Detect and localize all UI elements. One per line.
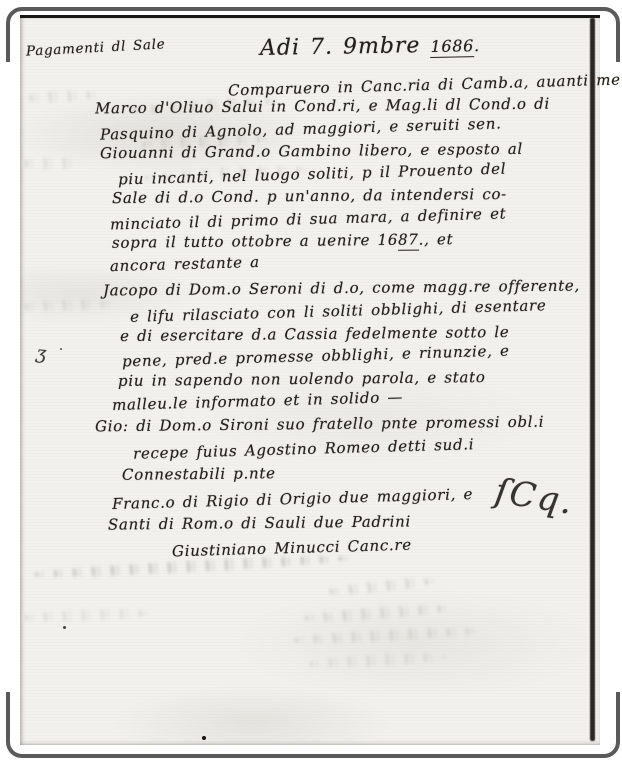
manuscript-line: Sale di d.o Cond. p un'anno, da intender… [112,185,507,207]
manuscript-line: ancora restante a [110,253,260,275]
manuscript-line: malleu.le informato et in solido — [112,388,404,414]
ghost-writing [325,575,436,597]
notary-paraph: ſCq. [492,471,576,523]
ink-speck [63,626,66,629]
ghost-writing [20,158,80,169]
ink-speck [60,348,62,350]
margin-mark: ʒ [35,342,48,364]
date-heading: Adi 7. 9mbre 1686. [260,32,480,61]
line-segment: ., et [418,230,453,248]
manuscript-line: piu in sapendo non uolendo parola, e sta… [118,368,486,390]
manuscript-line: Franc.o di Rigio di Origio due maggiori,… [112,485,473,513]
manuscript-line: pene, pred.e promesse obblighi, e rinunz… [122,342,510,371]
ghost-writing [300,603,450,624]
ghost-writing [25,89,97,104]
manuscript-line: e lifu rilasciato con li soliti obblighi… [130,296,547,326]
ghost-writing [20,298,115,312]
ghost-writing [290,625,480,646]
manuscript-page: Pagamenti dl Sale Adi 7. 9mbre 1686. Com… [20,15,600,745]
manuscript-line: piu incanti, nel luogo soliti, p il Prou… [118,160,507,189]
ghost-writing [20,608,150,624]
manuscript-line: Connestabili p.nte [122,464,276,484]
manuscript-line: minciato il di primo di sua mara, a defi… [110,204,507,233]
archive-label: Pagamenti dl Sale [26,36,166,59]
manuscript-line: Pasquino di Agnolo, ad maggiori, e serui… [100,114,502,143]
manuscript-line: Comparuero in Canc.ria di Camb.a, auanti… [228,69,622,100]
manuscript-line: recepe fuius Agostino Romeo detti sud.i [133,435,475,463]
manuscript-line: Gio: di Dom.o Sironi suo fratello pnte p… [95,413,544,436]
ink-speck [202,736,206,740]
page-gutter-shadow [590,18,595,741]
manuscript-line: Giustiniano Minucci Canc.re [172,536,412,561]
date-heading-day: Adi 7. 9mbre [260,33,431,61]
year-underlined: 87 [398,231,419,251]
manuscript-line: sopra il tutto ottobre a uenire 1687., e… [112,230,453,252]
manuscript-line: Santi di Rom.o di Sauli due Padrini [108,512,411,533]
frame-gap-mask-right [604,62,622,692]
line-segment: sopra il tutto ottobre a uenire 16 [112,231,398,252]
manuscript-line: e di esercitare d.a Cassia fedelmente so… [120,323,510,345]
ghost-writing [305,651,445,669]
manuscript-line: Giouanni di Grand.o Gambino libero, e es… [100,140,523,162]
manuscript-line: Jacopo di Dom.o Seroni di d.o, come magg… [103,277,580,300]
date-heading-end: . [474,36,480,55]
date-year-underlined: 1686 [430,36,474,58]
frame-gap-mask-left [0,62,17,692]
